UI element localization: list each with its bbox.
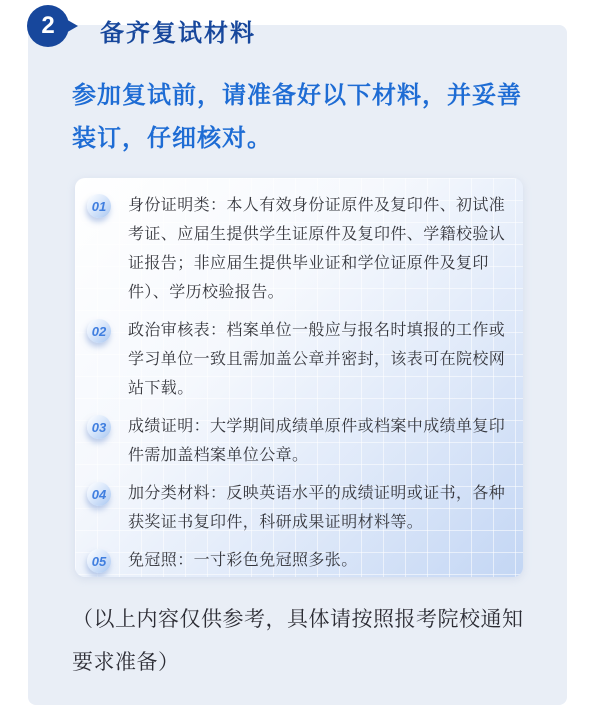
item-number: 03	[92, 420, 106, 435]
list-item: 03 成绩证明：大学期间成绩单原件或档案中成绩单复印件需加盖档案单位公章。	[87, 412, 507, 470]
list-item: 05 免冠照：一寸彩色免冠照多张。	[87, 546, 507, 575]
item-number: 05	[92, 554, 106, 569]
section-title: 备齐复试材料	[100, 13, 256, 48]
item-number-circle: 05	[87, 549, 111, 573]
item-text: 加分类材料：反映英语水平的成绩证明或证书，各种获奖证书复印件，科研成果证明材料等…	[128, 479, 507, 537]
infographic-step-card: 2 备齐复试材料 参加复试前，请准备好以下材料，并妥善装订，仔细核对。 01 身…	[0, 0, 597, 720]
materials-list-card: 01 身份证明类：本人有效身份证原件及复印件、初试准考证、应届生提供学生证原件及…	[75, 178, 523, 577]
list-item: 01 身份证明类：本人有效身份证原件及复印件、初试准考证、应届生提供学生证原件及…	[87, 191, 507, 307]
intro-paragraph: 参加复试前，请准备好以下材料，并妥善装订，仔细核对。	[72, 74, 544, 160]
item-number-circle: 02	[87, 319, 111, 343]
item-text: 成绩证明：大学期间成绩单原件或档案中成绩单复印件需加盖档案单位公章。	[128, 412, 507, 470]
list-item: 02 政治审核表：档案单位一般应与报名时填报的工作或学习单位一致且需加盖公章并密…	[87, 316, 507, 403]
item-number: 04	[92, 487, 106, 502]
item-text: 免冠照：一寸彩色免冠照多张。	[128, 546, 358, 575]
list-item: 04 加分类材料：反映英语水平的成绩证明或证书，各种获奖证书复印件，科研成果证明…	[87, 479, 507, 537]
item-number: 01	[92, 199, 106, 214]
item-number: 02	[92, 324, 106, 339]
item-text: 身份证明类：本人有效身份证原件及复印件、初试准考证、应届生提供学生证原件及复印件…	[128, 191, 507, 307]
item-text: 政治审核表：档案单位一般应与报名时填报的工作或学习单位一致且需加盖公章并密封，该…	[128, 316, 507, 403]
item-number-circle: 01	[87, 194, 111, 218]
step-number-badge: 2	[27, 5, 69, 47]
disclaimer-note: （以上内容仅供参考，具体请按照报考院校通知要求准备）	[72, 598, 537, 684]
step-number: 2	[41, 12, 54, 40]
item-number-circle: 03	[87, 415, 111, 439]
item-number-circle: 04	[87, 482, 111, 506]
